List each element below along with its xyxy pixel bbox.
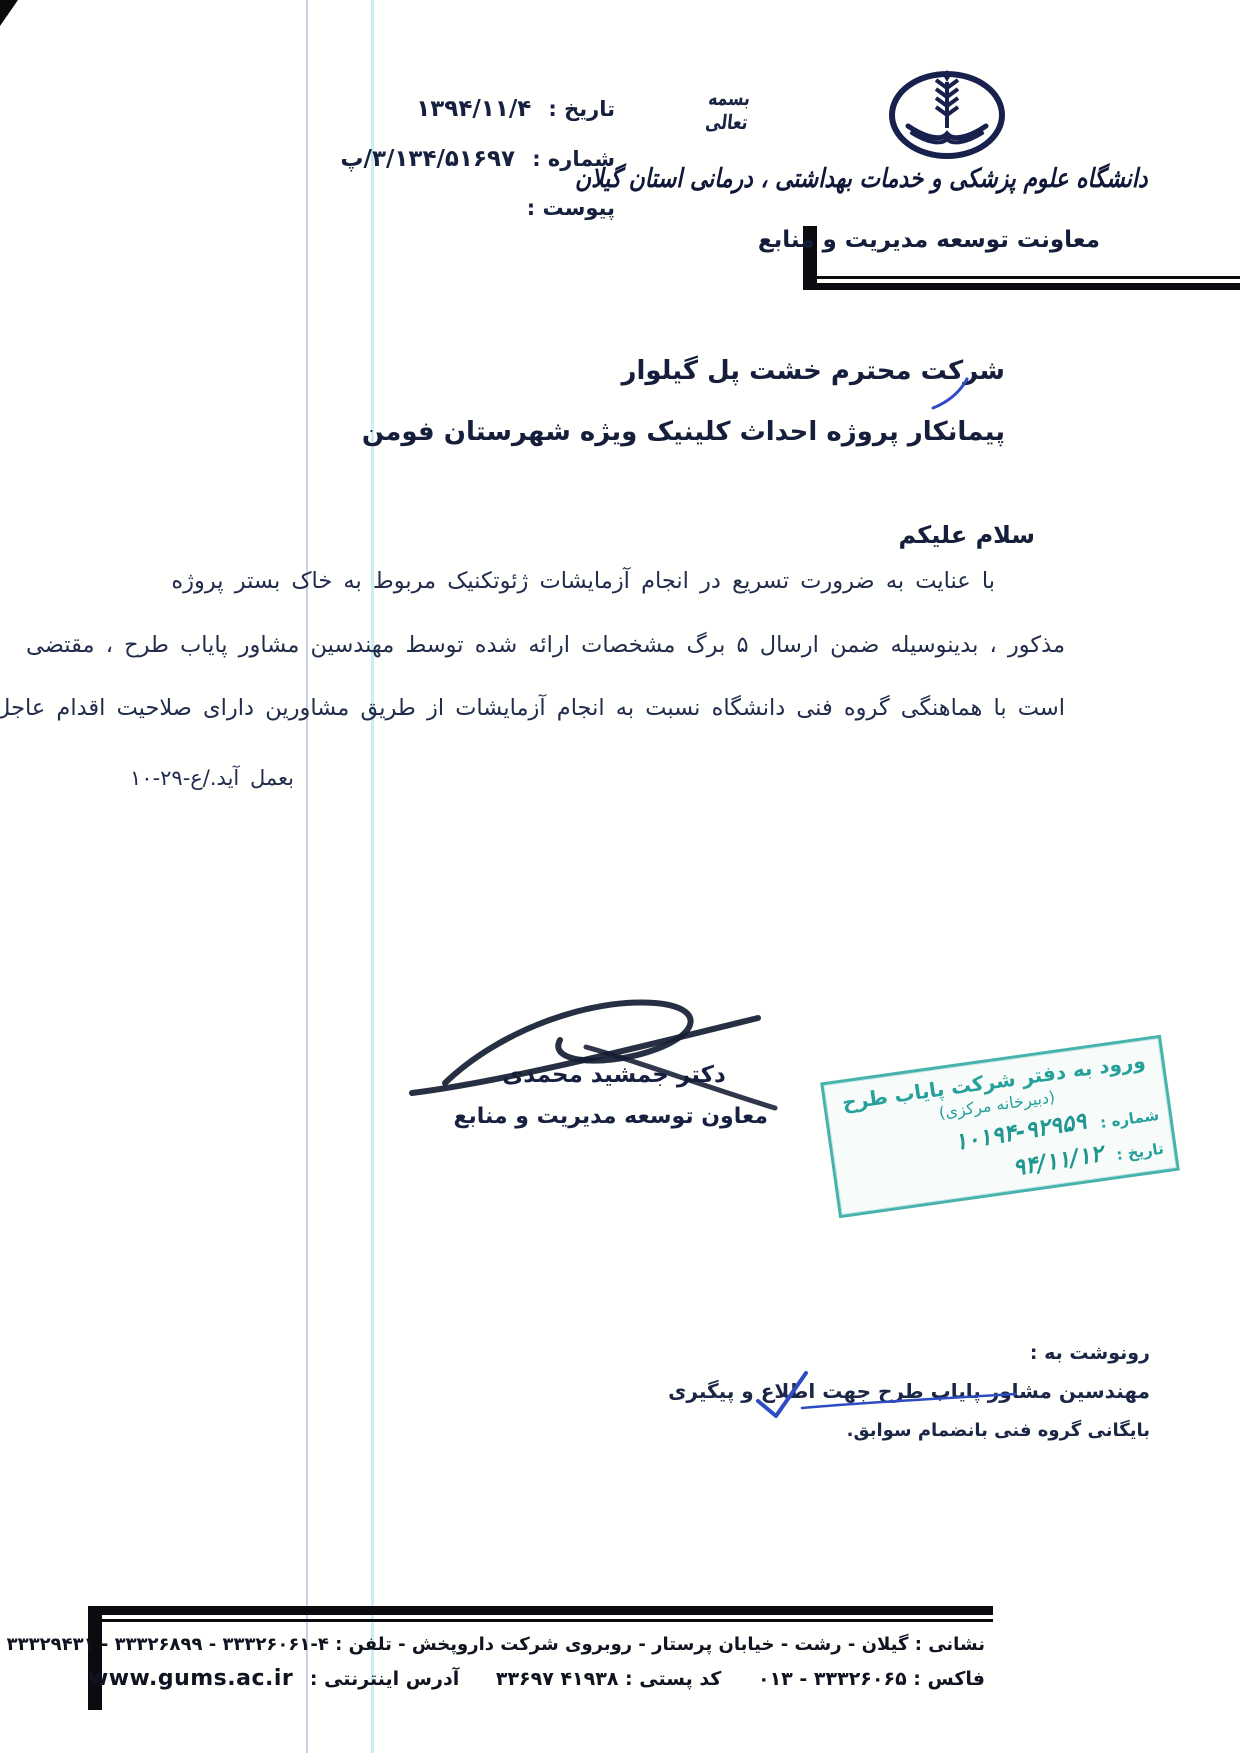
date-row: تاریخ : ۱۳۹۴/۱۱/۴: [416, 96, 615, 122]
department-banner: معاونت توسعه مدیریت و منابع: [758, 227, 1100, 253]
stamp-number-label: شماره :: [1099, 1106, 1160, 1132]
signature-title: معاون توسعه مدیریت و منابع: [460, 1104, 768, 1129]
body-line-2: مذکور ، بدینوسیله ضمن ارسال ۵ برگ مشخصات…: [26, 632, 1065, 658]
scanned-letter-page: بسمه تعالی دانشگاه علوم پزشکی و خدمات به…: [0, 0, 1240, 1753]
date-value: ۱۳۹۴/۱۱/۴: [416, 96, 531, 122]
department-frame-rule-thick: [803, 283, 1240, 290]
bismillah-calligraphy: بسمه تعالی: [693, 86, 764, 134]
cc-item-2: بایگانی گروه فنی بانضمام سوابق.: [847, 1420, 1150, 1441]
cc-item-1: مهندسین مشاور پایاب طرح جهت اطلاع و پیگی…: [668, 1379, 1150, 1403]
signature-name: دکتر جمشید محمدی: [478, 1062, 750, 1088]
footer-postal: کد پستی : ۴۱۹۳۸ ۳۳۶۹۷: [496, 1668, 722, 1690]
department-frame-rule-thin: [803, 276, 1240, 279]
attachment-row: پیوست :: [527, 196, 615, 220]
footer-frame-rule-thick: [88, 1606, 993, 1615]
footer-website: www.gums.ac.ir: [88, 1666, 293, 1691]
footer-frame-rule-thin: [88, 1619, 993, 1622]
date-label: تاریخ :: [548, 97, 615, 121]
number-row: شماره : ۳/۱۳۴/۵۱۶۹۷/پ: [340, 146, 615, 172]
number-value: ۳/۱۳۴/۵۱۶۹۷/پ: [340, 146, 515, 172]
recipient-line-2: پیمانکار پروژه احداث کلینیک ویژه شهرستان…: [362, 417, 1005, 447]
pen-annotations-layer: [0, 0, 1240, 1753]
university-logo-icon: [886, 68, 1008, 162]
body-line-4: بعمل آید./ع-۲۹-۱۰: [130, 766, 294, 790]
footer-frame-vertical-bar: [88, 1606, 102, 1710]
cc-label: رونوشت به :: [1030, 1342, 1150, 1364]
scan-corner-mark: [0, 0, 18, 26]
footer-fax: فاکس : ۳۳۳۲۶۰۶۵ - ۰۱۳: [758, 1668, 985, 1690]
stamp-date-label: تاریخ :: [1115, 1140, 1165, 1164]
stamp-date-value: ۹۴/۱۱/۱۲: [1010, 1141, 1104, 1182]
body-line-1: با عنایت به ضرورت تسریع در انجام آزمایشا…: [171, 568, 995, 594]
scan-line-cyan: [371, 0, 374, 1753]
received-stamp: ورود به دفتر شرکت پایاب طرح (دبیرخانه مر…: [820, 1035, 1180, 1219]
footer-contact-line: فاکس : ۳۳۳۲۶۰۶۵ - ۰۱۳ کد پستی : ۴۱۹۳۸ ۳۳…: [88, 1666, 985, 1691]
greeting: سلام علیکم: [898, 521, 1035, 549]
scan-line-blue: [306, 0, 308, 1753]
recipient-line-1: شرکت محترم خشت پل گیلوار: [622, 356, 1006, 386]
footer-address-line: نشانی : گیلان - رشت - خیابان پرستار - رو…: [0, 1634, 985, 1655]
university-name: دانشگاه علوم پزشکی و خدمات بهداشتی ، درم…: [575, 164, 1148, 194]
signature-scrawl-icon: [412, 1002, 775, 1108]
number-label: شماره :: [532, 147, 615, 171]
footer-web-label: آدرس اینترنتی :: [310, 1668, 459, 1690]
attachment-label: پیوست :: [527, 196, 615, 220]
body-line-3: است با هماهنگی گروه فنی دانشگاه نسبت به …: [0, 695, 1065, 721]
